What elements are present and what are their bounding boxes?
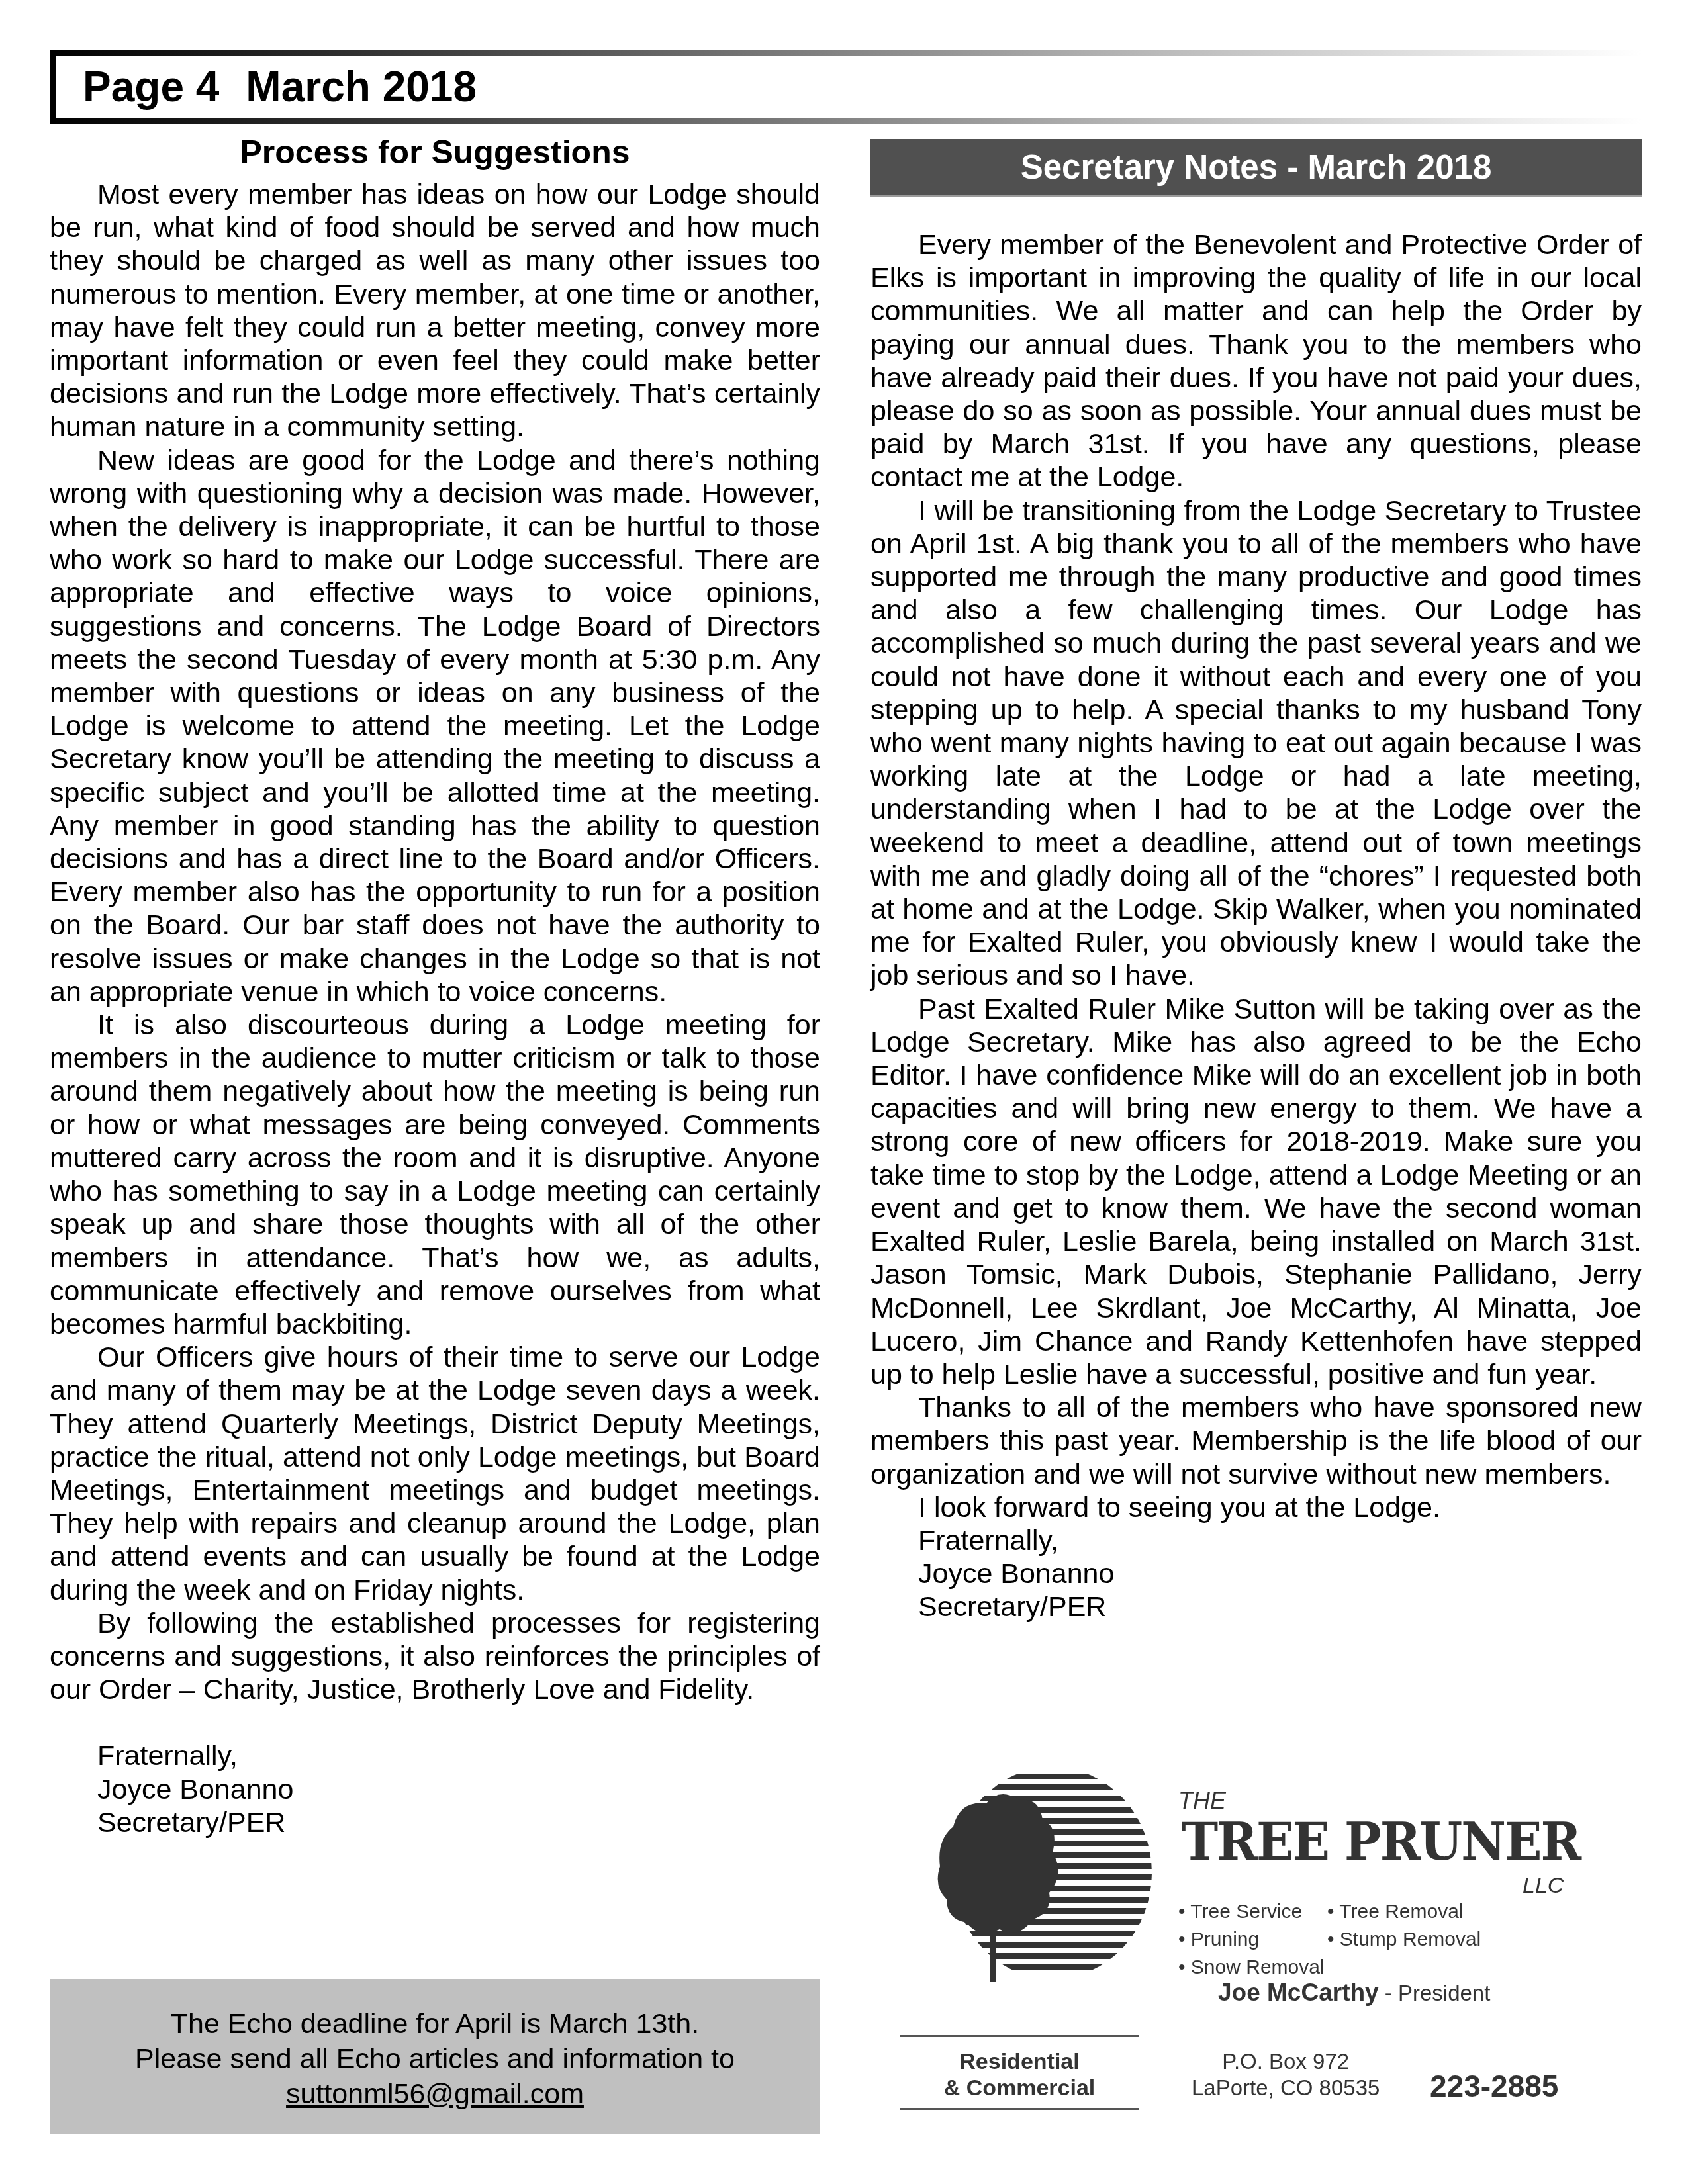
- paragraph: Our Officers give hours of their time to…: [50, 1341, 820, 1607]
- ad-tagline: Residential & Commercial: [920, 2048, 1119, 2101]
- signoff-closing: Fraternally,: [97, 1739, 820, 1772]
- page-number: Page 4: [83, 63, 219, 111]
- paragraph: By following the established processes f…: [50, 1607, 820, 1707]
- article-process-for-suggestions: Process for Suggestions Most every membe…: [50, 129, 820, 1839]
- article-secretary-notes: Secretary Notes - March 2018 Every membe…: [870, 139, 1642, 1624]
- header-rule-left: [50, 50, 56, 124]
- ad-address: P.O. Box 972 LaPorte, CO 80535: [1192, 2048, 1380, 2101]
- paragraph: Most every member has ideas on how our L…: [50, 178, 820, 444]
- header-rule-bottom: [50, 118, 1642, 124]
- issue-date: March 2018: [246, 63, 477, 111]
- paragraph: New ideas are good for the Lodge and the…: [50, 444, 820, 1009]
- ad-person-title: - President: [1385, 1981, 1491, 2005]
- editor-email-link[interactable]: suttonml56@gmail.com: [286, 2078, 584, 2110]
- service-item: • Tree Removal: [1327, 1901, 1464, 1923]
- article-body: Every member of the Benevolent and Prote…: [870, 228, 1642, 1491]
- ad-company-name: TREE PRUNER: [1182, 1812, 1580, 1872]
- ad-phone: 223-2885: [1430, 2068, 1558, 2104]
- paragraph: Past Exalted Ruler Mike Sutton will be t…: [870, 993, 1642, 1391]
- ad-tagline-line: & Commercial: [920, 2075, 1119, 2101]
- signoff-title: Secretary/PER: [918, 1590, 1642, 1623]
- ad-person-name: Joe McCarthy: [1218, 1979, 1379, 2006]
- ad-address-line: LaPorte, CO 80535: [1192, 2075, 1380, 2101]
- paragraph: It is also discourteous during a Lodge m…: [50, 1009, 820, 1341]
- ad-llc: LLC: [1523, 1873, 1564, 1899]
- echo-instruction-text: Please send all Echo articles and inform…: [50, 2042, 820, 2077]
- page-header: Page 4March 2018: [50, 50, 1642, 124]
- ad-divider: [900, 2035, 1139, 2037]
- ad-divider: [900, 2108, 1139, 2110]
- tree-logo-icon: [927, 1767, 1165, 1985]
- ad-the: THE: [1178, 1787, 1226, 1815]
- article-body: Most every member has ideas on how our L…: [50, 178, 820, 1706]
- paragraph: Every member of the Benevolent and Prote…: [870, 228, 1642, 494]
- tree-pruner-ad: THE TREE PRUNER LLC • Tree Service• Tree…: [900, 1754, 1595, 2124]
- signoff: I look forward to seeing you at the Lodg…: [870, 1491, 1642, 1624]
- service-item: • Snow Removal: [1178, 1956, 1325, 1978]
- service-item: • Stump Removal: [1327, 1929, 1481, 1950]
- echo-deadline-box: The Echo deadline for April is March 13t…: [50, 1979, 820, 2134]
- echo-deadline-text: The Echo deadline for April is March 13t…: [50, 2007, 820, 2042]
- article-title: Process for Suggestions: [50, 129, 820, 175]
- paragraph: Thanks to all of the members who have sp…: [870, 1391, 1642, 1491]
- signoff-line: I look forward to seeing you at the Lodg…: [918, 1491, 1642, 1524]
- section-banner: Secretary Notes - March 2018: [870, 139, 1642, 197]
- ad-address-line: P.O. Box 972: [1192, 2048, 1380, 2075]
- signoff-name: Joyce Bonanno: [918, 1557, 1642, 1590]
- ad-services-list: • Tree Service• Tree Removal • Pruning• …: [1178, 1898, 1481, 1981]
- header-rule-top: [50, 50, 1642, 56]
- signoff: Fraternally, Joyce Bonanno Secretary/PER: [50, 1739, 820, 1839]
- signoff-name: Joyce Bonanno: [97, 1773, 820, 1806]
- service-item: • Tree Service: [1178, 1898, 1327, 1926]
- paragraph: I will be transitioning from the Lodge S…: [870, 494, 1642, 993]
- ad-tagline-line: Residential: [920, 2048, 1119, 2075]
- service-item: • Pruning: [1178, 1926, 1327, 1954]
- signoff-closing: Fraternally,: [918, 1524, 1642, 1557]
- signoff-title: Secretary/PER: [97, 1806, 820, 1839]
- page-title: Page 4March 2018: [83, 60, 477, 113]
- ad-contact-person: Joe McCarthy - President: [1218, 1979, 1490, 2007]
